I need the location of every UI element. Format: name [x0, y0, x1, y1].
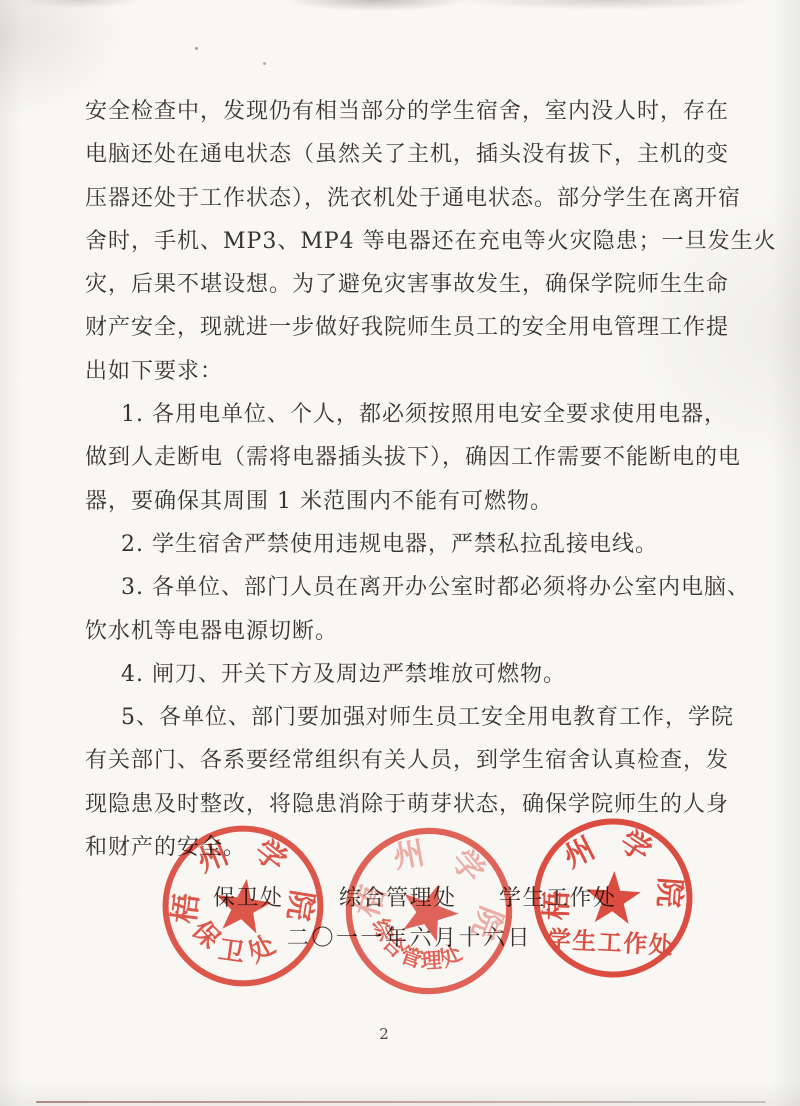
body-line: 做到人走断电（需将电器插头拔下），确因工作需要不能断电的电 [85, 436, 725, 479]
page-number: 2 [374, 1025, 394, 1043]
body-line: 器，要确保其周围 1 米范围内不能有可燃物。 [85, 480, 725, 523]
body-line-item-1: 1. 各用电单位、个人，都必须按照用电安全要求使用电器， [85, 393, 725, 436]
body-line: 电脑还处在通电状态（虽然关了主机，插头没有拔下，主机的变 [85, 133, 725, 176]
scan-bottom-edge-line [36, 1101, 766, 1103]
body-line: 舍时，手机、MP3、MP4 等电器还在充电等火灾隐患；一旦发生火 [85, 220, 725, 263]
scan-speck-marks [195, 47, 198, 50]
body-line-item-5: 5、各单位、部门要加强对师生员工安全用电教育工作，学院 [85, 696, 725, 739]
body-line: 财产安全，现就进一步做好我院师生员工的安全用电管理工作提 [85, 306, 725, 349]
document-body: 安全检查中，发现仍有相当部分的学生宿舍，室内没人时，存在 电脑还处在通电状态（虽… [85, 90, 725, 869]
signature-department-general-management: 综合管理处 [339, 881, 457, 912]
body-line: 压器还处于工作状态），洗衣机处于通电状态。部分学生在离开宿 [85, 177, 725, 220]
body-line: 灾，后果不堪设想。为了避免灾害事故发生，确保学院师生生命 [85, 263, 725, 306]
svg-text:保卫处: 保卫处 [183, 913, 293, 975]
body-line-item-2: 2. 学生宿舍严禁使用违规电器，严禁私拉乱接电线。 [85, 523, 725, 566]
signature-date: 二〇一一年六月十六日 [287, 921, 532, 952]
stamp-department-name: 学生工作处 [546, 925, 675, 960]
body-line-item-4: 4. 闸刀、开关下方及周边严禁堆放可燃物。 [85, 653, 725, 696]
signature-department-student-affairs: 学生工作处 [499, 881, 617, 912]
body-line: 有关部门、各系要经常组织有关人员，到学生宿舍认真检查，发 [85, 739, 725, 782]
body-line: 现隐患及时整改，将隐患消除于萌芽状态，确保学院师生的人身 [85, 783, 725, 826]
body-line: 安全检查中，发现仍有相当部分的学生宿舍，室内没人时，存在 [85, 90, 725, 133]
scanned-document-page: 安全检查中，发现仍有相当部分的学生宿舍，室内没人时，存在 电脑还处在通电状态（虽… [0, 0, 800, 1106]
body-line: 饮水机等电器电源切断。 [85, 610, 725, 653]
signature-department-security: 保卫处 [213, 881, 284, 912]
body-line-item-3: 3. 各单位、部门人员在离开办公室时都必须将办公室内电脑、 [85, 566, 725, 609]
body-line: 和财产的安全。 [85, 826, 725, 869]
body-line: 出如下要求： [85, 350, 725, 393]
stamp-department-name: 保卫处 [183, 913, 293, 975]
